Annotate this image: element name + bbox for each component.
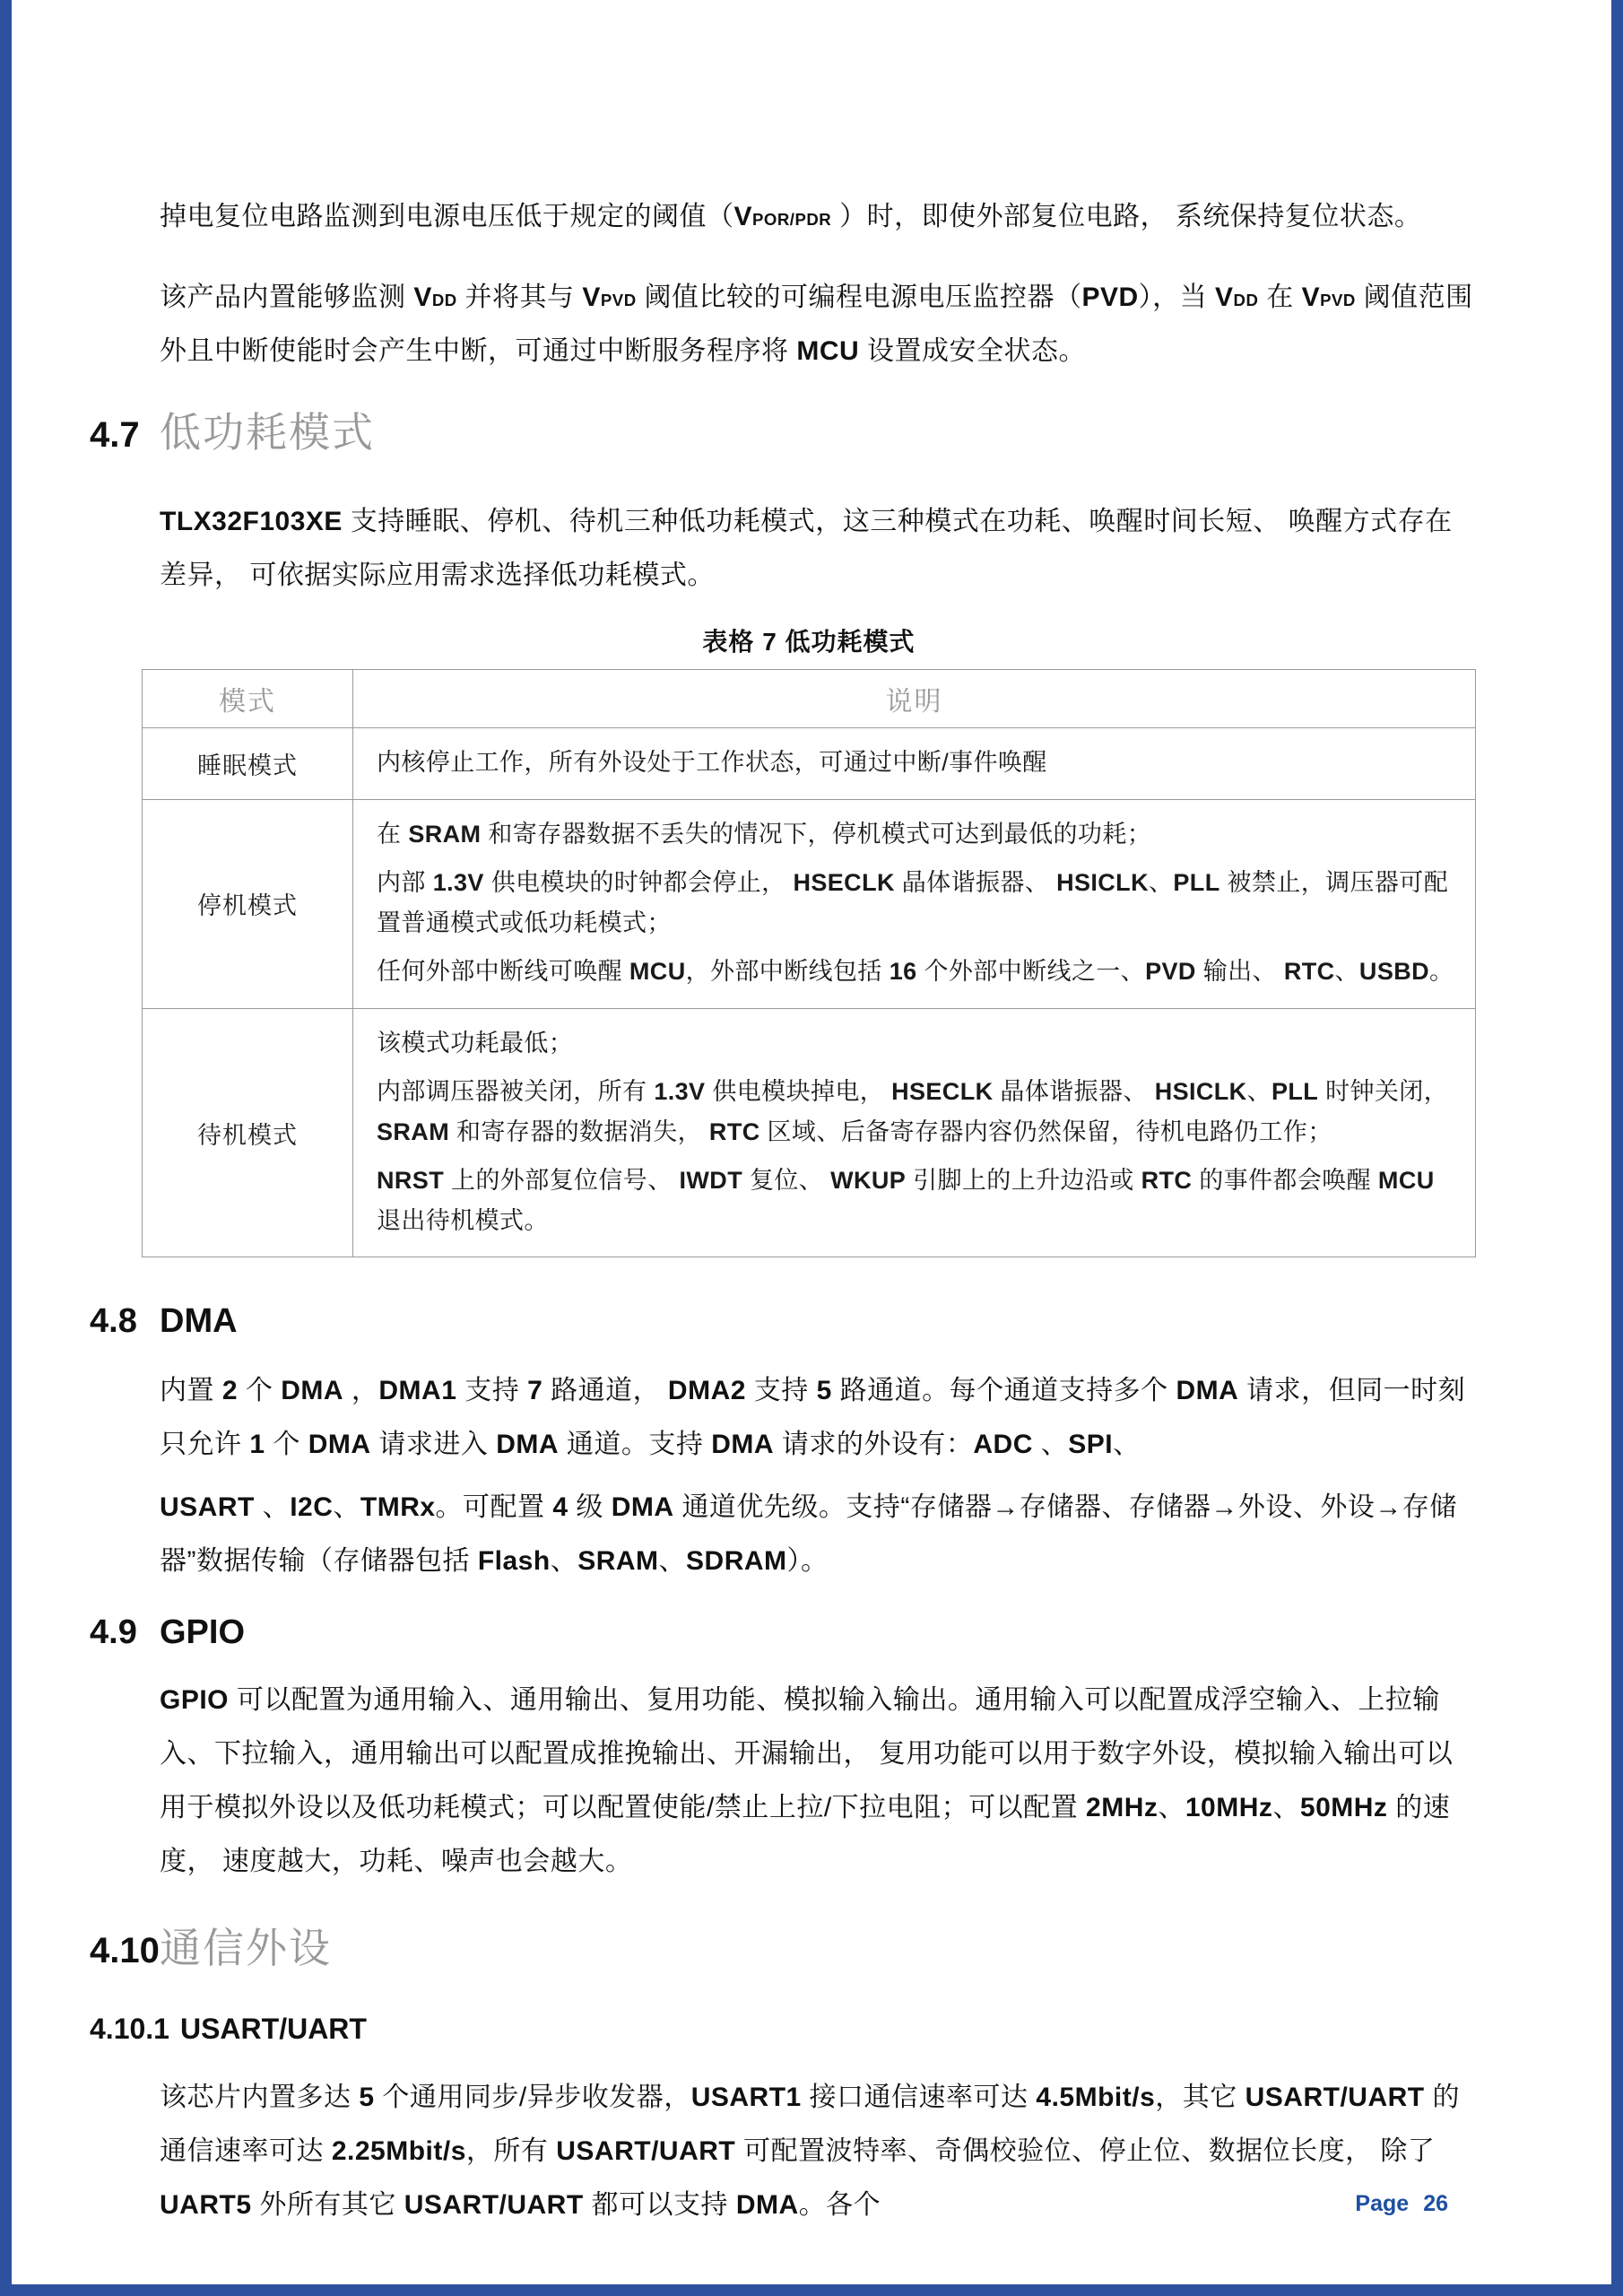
table-caption: 表格 7 低功耗模式 — [142, 622, 1476, 658]
table-header-desc: 说明 — [353, 670, 1476, 728]
section-4-8-heading: 4.8 DMA — [90, 1302, 1480, 1341]
section-title: USART/UART — [180, 2013, 367, 2046]
low-power-mode-table: 模式 说明 睡眠模式 内核停止工作，所有外设处于工作状态，可通过中断/事件唤醒 … — [142, 669, 1476, 1257]
section-number: 4.8 — [90, 1302, 160, 1341]
desc-cell: 在 SRAM 和寄存器数据不丢失的情况下，停机模式可达到最低的功耗； 内部 1.… — [353, 799, 1476, 1008]
section-number: 4.10.1 — [90, 2013, 169, 2046]
page-border-left — [0, 0, 12, 2296]
page-footer: Page 26 — [1355, 2191, 1448, 2217]
intro-paragraph-1: 掉电复位电路监测到电源电压低于规定的阈值（VPOR/PDR ）时，即使外部复位电… — [160, 190, 1480, 244]
section-4-10-1-heading: 4.10.1 USART/UART — [90, 2013, 1480, 2046]
table-header-row: 模式 说明 — [143, 670, 1476, 728]
intro-paragraph-2: 该产品内置能够监测 VDD 并将其与 VPVD 阈值比较的可编程电源电压监控器（… — [160, 271, 1480, 378]
mode-cell: 睡眠模式 — [143, 728, 353, 800]
page-number: 26 — [1423, 2191, 1448, 2217]
gpio-paragraph: GPIO 可以配置为通用输入、通用输出、复用功能、模拟输入输出。通用输入可以配置… — [160, 1674, 1480, 1889]
dma-paragraph-1: 内置 2 个 DMA ，DMA1 支持 7 路通道， DMA2 支持 5 路通道… — [160, 1364, 1480, 1472]
page-border-right — [1611, 0, 1623, 2296]
usart-paragraph: 该芯片内置多达 5 个通用同步/异步收发器，USART1 接口通信速率可达 4.… — [160, 2071, 1480, 2232]
page-content: 掉电复位电路监测到电源电压低于规定的阈值（VPOR/PDR ）时，即使外部复位电… — [90, 0, 1480, 2232]
mode-cell: 停机模式 — [143, 799, 353, 1008]
table-header-mode: 模式 — [143, 670, 353, 728]
page-border-bottom — [0, 2284, 1623, 2296]
section-title: GPIO — [160, 1613, 245, 1652]
section-4-9-heading: 4.9 GPIO — [90, 1613, 1480, 1652]
section-title: DMA — [160, 1302, 238, 1341]
section-number: 4.7 — [90, 415, 160, 456]
table-row: 待机模式 该模式功耗最低； 内部调压器被关闭，所有 1.3V 供电模块掉电， H… — [143, 1008, 1476, 1257]
table-row: 睡眠模式 内核停止工作，所有外设处于工作状态，可通过中断/事件唤醒 — [143, 728, 1476, 800]
dma-paragraph-2: USART 、I2C、TMRx。可配置 4 级 DMA 通道优先级。支持“存储器… — [160, 1481, 1480, 1588]
section-number: 4.10 — [90, 1931, 160, 1971]
section-4-7-heading: 4.7 低功耗模式 — [90, 400, 1480, 459]
page-footer-label: Page — [1355, 2191, 1409, 2217]
section-4-10-heading: 4.10 通信外设 — [90, 1916, 1480, 1975]
section-title: 通信外设 — [160, 1916, 332, 1975]
section-4-7-paragraph: TLX32F103XE 支持睡眠、停机、待机三种低功耗模式，这三种模式在功耗、唤… — [160, 495, 1480, 603]
section-title: 低功耗模式 — [160, 400, 375, 459]
table-row: 停机模式 在 SRAM 和寄存器数据不丢失的情况下，停机模式可达到最低的功耗； … — [143, 799, 1476, 1008]
mode-cell: 待机模式 — [143, 1008, 353, 1257]
section-number: 4.9 — [90, 1613, 160, 1652]
desc-cell: 内核停止工作，所有外设处于工作状态，可通过中断/事件唤醒 — [353, 728, 1476, 800]
desc-cell: 该模式功耗最低； 内部调压器被关闭，所有 1.3V 供电模块掉电， HSECLK… — [353, 1008, 1476, 1257]
